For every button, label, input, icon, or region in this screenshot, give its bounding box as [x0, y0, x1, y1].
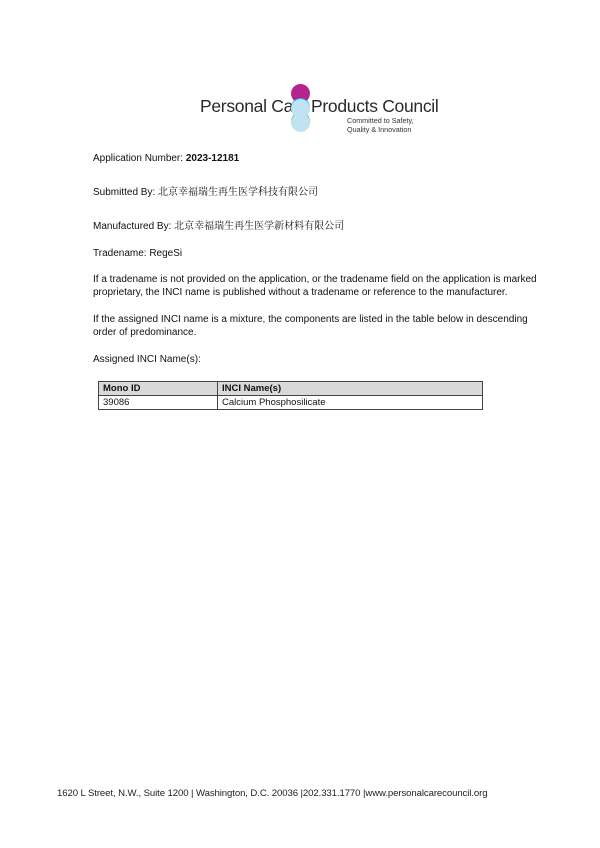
- tagline-line-1: Committed to Safety,: [347, 116, 414, 125]
- column-header-inci-name: INCI Name(s): [218, 382, 483, 396]
- table-header-row: Mono ID INCI Name(s): [99, 382, 483, 396]
- logo-tagline: Committed to Safety, Quality & Innovatio…: [347, 116, 414, 134]
- assigned-inci-label: Assigned INCI Name(s):: [93, 353, 548, 366]
- inci-table: Mono ID INCI Name(s) 39086 Calcium Phosp…: [98, 381, 483, 410]
- submitted-by-value: 北京幸福瑞生再生医学科技有限公司: [158, 187, 318, 198]
- circle-overlap-icon: [291, 113, 310, 132]
- pcpc-logo: Personal Care Products Council Committed…: [200, 84, 422, 138]
- tradename: Tradename: RegeSi: [93, 248, 182, 259]
- manufactured-by: Manufactured By: 北京幸福瑞生再生医学新材料有限公司: [93, 217, 344, 232]
- table-row: 39086 Calcium Phosphosilicate: [99, 396, 483, 410]
- tradename-value: RegeSi: [149, 248, 182, 259]
- column-header-mono-id: Mono ID: [99, 382, 218, 396]
- footer-address: 1620 L Street, N.W., Suite 1200 | Washin…: [57, 788, 487, 799]
- application-number-label: Application Number:: [93, 153, 183, 164]
- submitted-by: Submitted By: 北京幸福瑞生再生医学科技有限公司: [93, 183, 318, 198]
- logo-circles-icon: [291, 84, 311, 134]
- application-number-value: 2023-12181: [186, 153, 239, 164]
- tagline-line-2: Quality & Innovation: [347, 125, 414, 134]
- tradename-note: If a tradename is not provided on the ap…: [93, 273, 548, 299]
- application-number: Application Number: 2023-12181: [93, 153, 239, 164]
- manufactured-by-label: Manufactured By:: [93, 221, 171, 232]
- logo-name-right: Products Council: [311, 96, 438, 117]
- tradename-label: Tradename:: [93, 248, 147, 259]
- mixture-note: If the assigned INCI name is a mixture, …: [93, 313, 548, 339]
- submitted-by-label: Submitted By:: [93, 187, 155, 198]
- mono-id-cell: 39086: [99, 396, 218, 410]
- inci-name-cell: Calcium Phosphosilicate: [218, 396, 483, 410]
- manufactured-by-value: 北京幸福瑞生再生医学新材料有限公司: [174, 221, 344, 232]
